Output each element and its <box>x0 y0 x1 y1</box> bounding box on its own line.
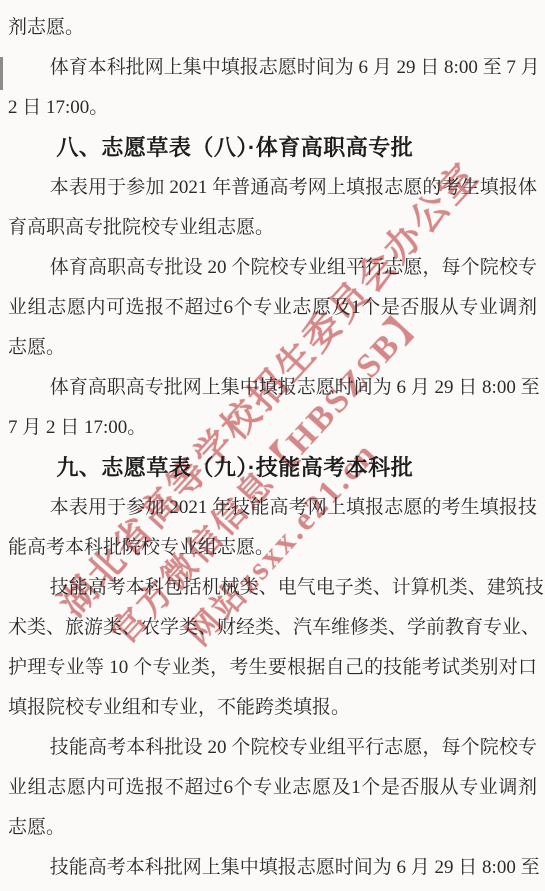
text-line: 育高职高专批院校专业组志愿。 <box>8 208 537 248</box>
paragraph: 体育本科批网上集中填报志愿时间为 6 月 29 日 8:00 至 7 月2 日 … <box>8 48 537 128</box>
text-line: 体育高职高专批网上集中填报志愿时间为 6 月 29 日 8:00 至 <box>8 368 537 408</box>
text-line: 剂志愿。 <box>8 8 537 48</box>
scanned-document-page: 湖北省高等学校招生委员会办公室 官方微信信息【HBSZSB】 网站zsxx.e2… <box>0 0 545 891</box>
paragraph: 体育高职高专批设 20 个院校专业组平行志愿，每个院校专业组志愿内可选报不超过6… <box>8 248 537 368</box>
text-line: 2 日 17:00。 <box>8 88 537 128</box>
text-line: 志愿。 <box>8 808 537 848</box>
paragraph: 技能高考本科批网上集中填报志愿时间为 6 月 29 日 8:00 至 <box>8 848 537 888</box>
section-heading: 八、志愿草表（八）·体育高职高专批 <box>8 128 537 168</box>
text-line: 体育本科批网上集中填报志愿时间为 6 月 29 日 8:00 至 7 月 <box>8 48 537 88</box>
text-line: 护理专业等 10 个专业类，考生要根据自己的技能考试类别对口 <box>8 648 537 688</box>
text-line: 本表用于参加 2021 年普通高考网上填报志愿的考生填报体 <box>8 168 537 208</box>
paragraph: 技能高考本科包括机械类、电气电子类、计算机类、建筑技术类、旅游类、农学类、财经类… <box>8 568 537 728</box>
text-line: 体育高职高专批设 20 个院校专业组平行志愿，每个院校专 <box>8 248 537 288</box>
text-line: 本表用于参加 2021 年技能高考网上填报志愿的考生填报技 <box>8 488 537 528</box>
text-line: 术类、旅游类、农学类、财经类、汽车维修类、学前教育专业、 <box>8 608 537 648</box>
paragraph: 剂志愿。 <box>8 8 537 48</box>
paragraph: 技能高考本科批设 20 个院校专业组平行志愿，每个院校专业组志愿内可选报不超过6… <box>8 728 537 848</box>
text-line: 技能高考本科包括机械类、电气电子类、计算机类、建筑技 <box>8 568 537 608</box>
text-line: 业组志愿内可选报不超过6个专业志愿及1个是否服从专业调剂 <box>8 768 537 808</box>
text-line: 7 月 2 日 17:00。 <box>8 408 537 448</box>
paragraph: 本表用于参加 2021 年普通高考网上填报志愿的考生填报体育高职高专批院校专业组… <box>8 168 537 248</box>
text-line: 技能高考本科批网上集中填报志愿时间为 6 月 29 日 8:00 至 <box>8 848 537 888</box>
scan-edge-artifact <box>0 57 3 90</box>
text-line: 业组志愿内可选报不超过6个专业志愿及1个是否服从专业调剂 <box>8 288 537 328</box>
paragraph: 本表用于参加 2021 年技能高考网上填报志愿的考生填报技能高考本科批院校专业组… <box>8 488 537 568</box>
text-line: 填报院校专业组和专业，不能跨类填报。 <box>8 688 537 728</box>
text-line: 志愿。 <box>8 328 537 368</box>
heading-line: 九、志愿草表（九）·技能高考本科批 <box>8 448 537 488</box>
section-heading: 九、志愿草表（九）·技能高考本科批 <box>8 448 537 488</box>
text-line: 能高考本科批院校专业组志愿。 <box>8 528 537 568</box>
heading-line: 八、志愿草表（八）·体育高职高专批 <box>8 128 537 168</box>
text-line: 技能高考本科批设 20 个院校专业组平行志愿，每个院校专 <box>8 728 537 768</box>
document-body: 剂志愿。体育本科批网上集中填报志愿时间为 6 月 29 日 8:00 至 7 月… <box>0 0 545 888</box>
paragraph: 体育高职高专批网上集中填报志愿时间为 6 月 29 日 8:00 至7 月 2 … <box>8 368 537 448</box>
